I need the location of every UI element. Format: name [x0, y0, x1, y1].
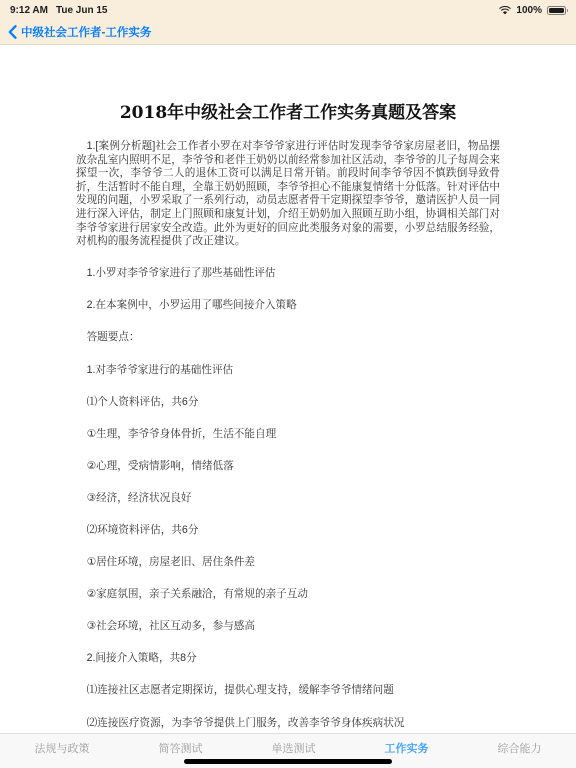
chevron-left-icon	[8, 25, 17, 39]
back-button-label: 中级社会工作者-工作实务	[21, 24, 151, 40]
doc-paragraph: ③经济，经济状况良好	[76, 492, 500, 506]
document-page: 2018年中级社会工作者工作实务真题及答案 1.[案例分析题]社会工作者小罗在对…	[0, 45, 576, 730]
document-scroll-view[interactable]: 2018年中级社会工作者工作实务真题及答案 1.[案例分析题]社会工作者小罗在对…	[0, 45, 576, 733]
tab-法规与政策[interactable]: 法规与政策	[29, 740, 96, 756]
doc-paragraph: ⑵环境资料评估，共6分	[76, 524, 500, 538]
home-indicator[interactable]	[184, 759, 392, 764]
tab-工作实务[interactable]: 工作实务	[379, 740, 435, 756]
doc-paragraph: ①生理，李爷爷身体骨折，生活不能自理	[76, 428, 500, 442]
doc-paragraph: ②心理，受病情影响，情绪低落	[76, 460, 500, 474]
doc-paragraph: 2.间接介入策略，共8分	[76, 652, 500, 666]
tab-综合能力[interactable]: 综合能力	[492, 740, 548, 756]
status-bar: 9:12 AM Tue Jun 15 100%	[0, 0, 576, 20]
app-screen: 9:12 AM Tue Jun 15 100% 中级社会工作者-工作实务 201…	[0, 0, 576, 768]
doc-paragraph: 答题要点：	[76, 331, 500, 345]
doc-paragraph: 1.对李爷爷家进行的基础性评估	[76, 364, 500, 378]
tab-单选测试[interactable]: 单选测试	[266, 740, 322, 756]
doc-paragraph: ①居住环境，房屋老旧、居住条件差	[76, 556, 500, 570]
wifi-icon	[499, 6, 511, 15]
doc-paragraph: ⑵连接医疗资源，为李爷爷提供上门服务，改善李爷爷身体疾病状况	[76, 717, 500, 731]
doc-paragraph: 2.在本案例中，小罗运用了哪些间接介入策略	[76, 299, 500, 313]
doc-paragraph: ⑴个人资料评估，共6分	[76, 396, 500, 410]
doc-body: 1.[案例分析题]社会工作者小罗在对李爷爷家进行评估时发现李爷爷家房屋老旧，物品…	[76, 140, 500, 730]
doc-paragraph: ②家庭氛围，亲子关系融洽，有常规的亲子互动	[76, 588, 500, 602]
doc-paragraph: 1.小罗对李爷爷家进行了那些基础性评估	[76, 267, 500, 281]
tab-简答测试[interactable]: 简答测试	[153, 740, 209, 756]
status-date: Tue Jun 15	[56, 5, 108, 16]
nav-bar: 中级社会工作者-工作实务	[0, 20, 576, 45]
status-time: 9:12 AM	[10, 5, 48, 16]
battery-icon	[547, 6, 566, 15]
doc-paragraph: 1.[案例分析题]社会工作者小罗在对李爷爷家进行评估时发现李爷爷家房屋老旧，物品…	[76, 140, 500, 249]
tab-bar: 法规与政策简答测试单选测试工作实务综合能力	[0, 733, 576, 768]
doc-paragraph: ③社会环境，社区互动多，参与感高	[76, 620, 500, 634]
battery-percent: 100%	[516, 5, 542, 16]
back-button[interactable]: 中级社会工作者-工作实务	[8, 24, 151, 40]
doc-paragraph: ⑴连接社区志愿者定期探访，提供心理支持，缓解李爷爷情绪问题	[76, 684, 500, 698]
document-title: 2018年中级社会工作者工作实务真题及答案	[76, 103, 500, 123]
